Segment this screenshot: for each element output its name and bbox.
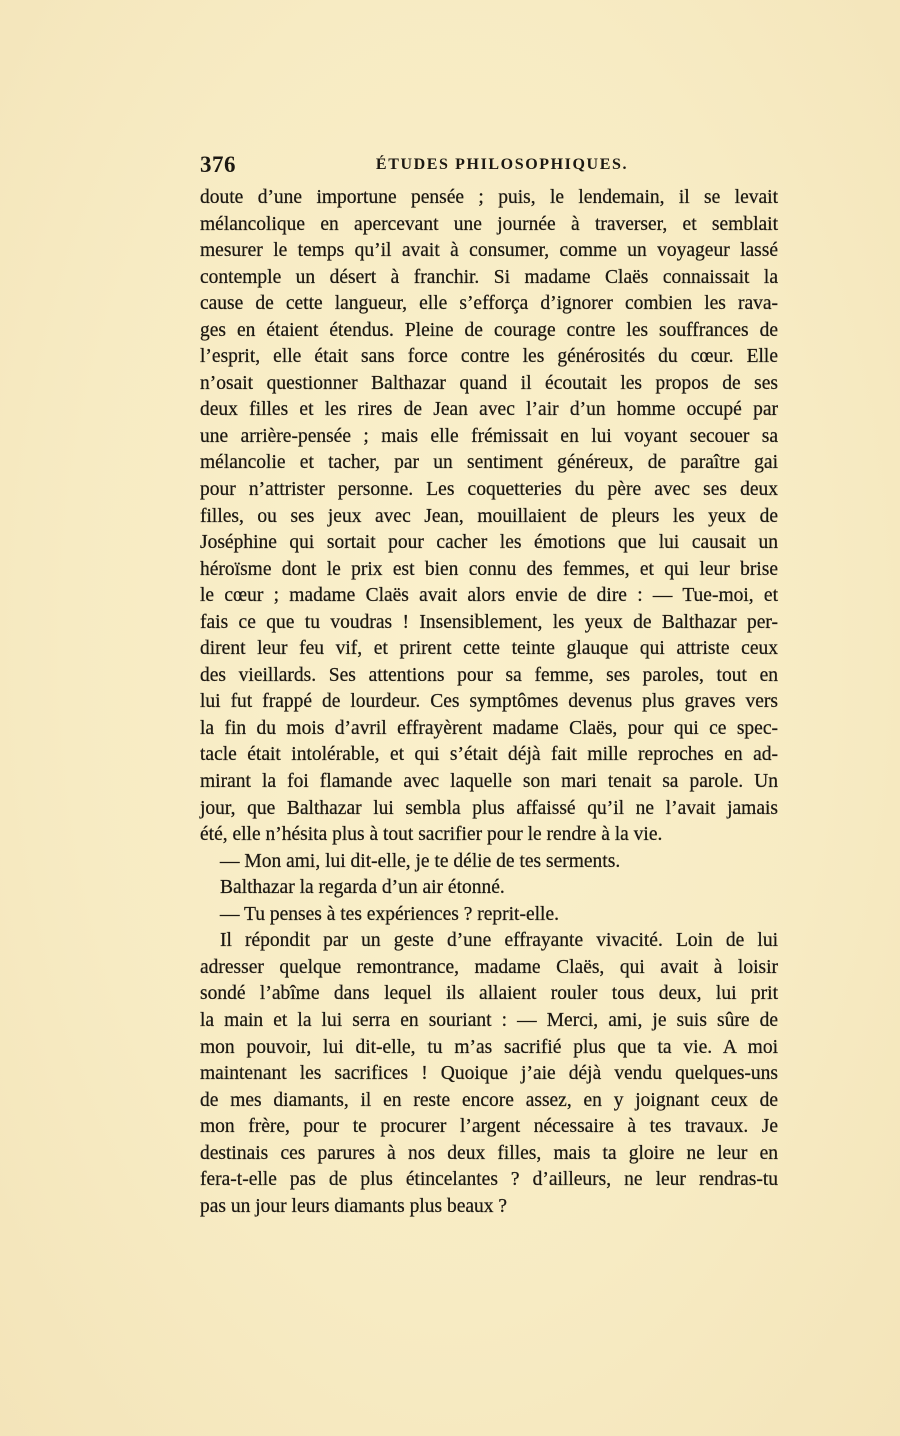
text-line: héroïsme dont le prix est bien connu des… (200, 557, 778, 584)
text-line: fais ce que tu voudras ! Insensiblement,… (200, 610, 778, 637)
text-line: mirant la foi flamande avec laquelle son… (200, 769, 778, 796)
text-line: l’esprit, elle était sans force contre l… (200, 344, 778, 371)
text-line: Joséphine qui sortait pour cacher les ém… (200, 530, 778, 557)
text-line: mesurer le temps qu’il avait à consumer,… (200, 238, 778, 265)
dialogue-line: — Mon ami, lui dit-elle, je te délie de … (200, 849, 778, 876)
text-line: la fin du mois d’avril effrayèrent madam… (200, 716, 778, 743)
text-line: filles, ou ses jeux avec Jean, mouillaie… (200, 504, 778, 531)
text-line: une arrière-pensée ; mais elle frémissai… (200, 424, 778, 451)
text-line: ges en étaient étendus. Pleine de courag… (200, 318, 778, 345)
text-line: cause de cette langueur, elle s’efforça … (200, 291, 778, 318)
text-line: mon pouvoir, lui dit-elle, tu m’as sacri… (200, 1035, 778, 1062)
text-line: lui fut frappé de lourdeur. Ces symptôme… (200, 689, 778, 716)
text-line: maintenant les sacrifices ! Quoique j’ai… (200, 1061, 778, 1088)
text-line: le cœur ; madame Claës avait alors envie… (200, 583, 778, 610)
text-line: mélancolique en apercevant une journée à… (200, 212, 778, 239)
text-line: jour, que Balthazar lui sembla plus affa… (200, 796, 778, 823)
text-line: mélancolie et tacher, par un sentiment g… (200, 450, 778, 477)
text-line: la main et la lui serra en souriant : — … (200, 1008, 778, 1035)
text-line: destinais ces parures à nos deux filles,… (200, 1141, 778, 1168)
body-text: doute d’une importune pensée ; puis, le … (200, 185, 778, 1220)
text-line: Il répondit par un geste d’une effrayant… (200, 928, 778, 955)
text-line: sondé l’abîme dans lequel ils allaient r… (200, 981, 778, 1008)
text-line: pour n’attrister personne. Les coquetter… (200, 477, 778, 504)
text-line: tacle était intolérable, et qui s’était … (200, 742, 778, 769)
dialogue-line: — Tu penses à tes expériences ? reprit-e… (200, 902, 778, 929)
text-line: adresser quelque remontrance, madame Cla… (200, 955, 778, 982)
running-head: 376 ÉTUDES PHILOSOPHIQUES. (200, 152, 778, 180)
text-line: de mes diamants, il en reste encore asse… (200, 1088, 778, 1115)
text-line: Balthazar la regarda d’un air étonné. (200, 875, 778, 902)
text-line: deux filles et les rires de Jean avec l’… (200, 397, 778, 424)
text-line: des vieillards. Ses attentions pour sa f… (200, 663, 778, 690)
text-line: dirent leur feu vif, et prirent cette te… (200, 636, 778, 663)
text-line: contemple un désert à franchir. Si madam… (200, 265, 778, 292)
text-line: fera-t-elle pas de plus étincelantes ? d… (200, 1167, 778, 1194)
text-line: mon frère, pour te procurer l’argent néc… (200, 1114, 778, 1141)
text-line: pas un jour leurs diamants plus beaux ? (200, 1194, 778, 1221)
text-line: été, elle n’hésita plus à tout sacrifier… (200, 822, 778, 849)
book-page: 376 ÉTUDES PHILOSOPHIQUES. doute d’une i… (0, 0, 900, 1436)
text-line: n’osait questionner Balthazar quand il é… (200, 371, 778, 398)
running-title: ÉTUDES PHILOSOPHIQUES. (200, 156, 778, 174)
text-line: doute d’une importune pensée ; puis, le … (200, 185, 778, 212)
